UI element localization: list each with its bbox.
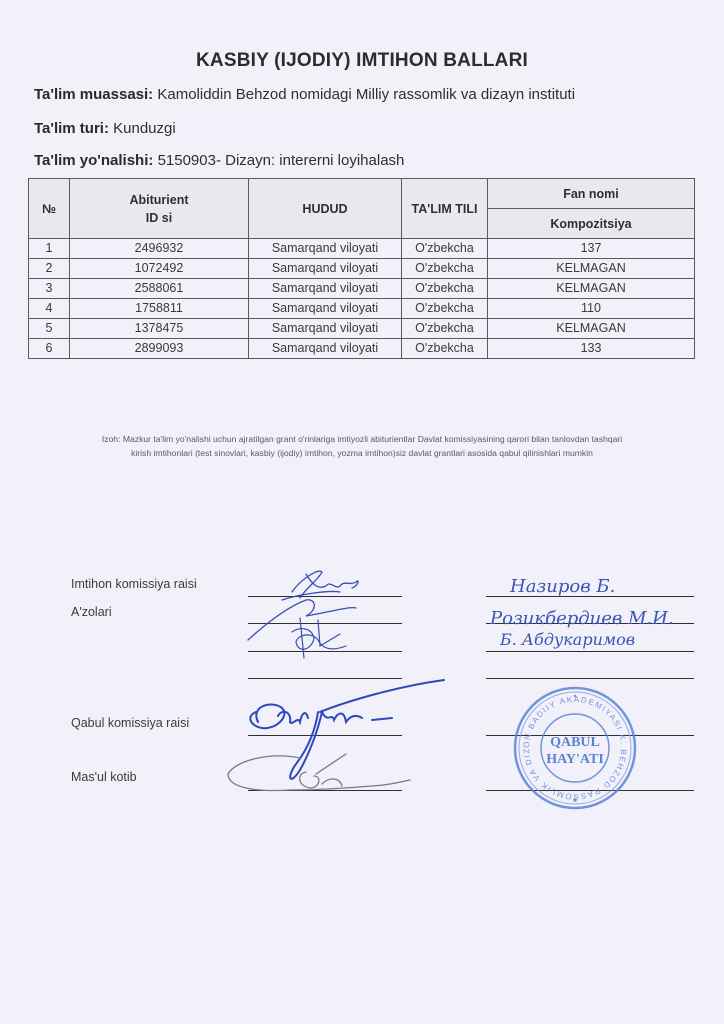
study-direction-field: Ta'lim yo'nalishi: 5150903- Dizayn: inte…: [34, 152, 404, 169]
cell-score: 137: [488, 239, 695, 259]
institution-field: Ta'lim muassasi: Kamoliddin Behzod nomid…: [34, 86, 575, 103]
name-line: [486, 623, 694, 624]
scores-table: № Abiturient ID si HUDUD TA'LIM TILI Fan…: [28, 178, 695, 359]
study-direction-label: Ta'lim yo'nalishi:: [34, 152, 153, 169]
institution-label: Ta'lim muassasi:: [34, 86, 153, 103]
name-line: [486, 790, 694, 791]
table-row: 62899093Samarqand viloyatiO'zbekcha133: [29, 339, 695, 359]
study-form-label: Ta'lim turi:: [34, 120, 109, 137]
admission-commission-chair-label: Qabul komissiya raisi: [71, 716, 189, 730]
cell-number: 5: [29, 319, 70, 339]
cell-score: 133: [488, 339, 695, 359]
table-row: 41758811Samarqand viloyatiO'zbekcha110: [29, 299, 695, 319]
header-applicant-id: Abiturient ID si: [70, 179, 249, 239]
cell-region: Samarqand viloyati: [249, 259, 402, 279]
cell-number: 2: [29, 259, 70, 279]
name-line: [486, 596, 694, 597]
svg-text:Назиров Б.: Назиров Б.: [509, 576, 615, 597]
cell-number: 1: [29, 239, 70, 259]
cell-language: O'zbekcha: [402, 339, 488, 359]
name-line: [486, 678, 694, 679]
signature-line: [248, 623, 402, 624]
footnote: Izoh: Mazkur ta'lim yo'nalishi uchun ajr…: [30, 432, 694, 460]
cell-score: KELMAGAN: [488, 259, 695, 279]
header-language: TA'LIM TILI: [402, 179, 488, 239]
cell-score: KELMAGAN: [488, 319, 695, 339]
exam-commission-chair-label: Imtihon komissiya raisi: [71, 577, 197, 591]
cell-language: O'zbekcha: [402, 239, 488, 259]
handwritten-names: Назиров Б. Розикбердиев М.И. Б. Абдукари…: [489, 576, 674, 649]
name-line: [486, 651, 694, 652]
header-subject: Kompozitsiya: [488, 209, 695, 239]
secretary-label: Mas'ul kotib: [71, 770, 137, 784]
header-applicant-id-line1: Abiturient: [70, 193, 248, 207]
signature-line: [248, 651, 402, 652]
signature-line: [248, 735, 402, 736]
members-label: A'zolari: [71, 605, 112, 619]
signature-admission-chair: [250, 680, 444, 779]
name-line: [486, 735, 694, 736]
study-direction-value: 5150903- Dizayn: intererni loyihalash: [158, 152, 405, 169]
svg-text:Б. Абдукаримов: Б. Абдукаримов: [499, 630, 635, 649]
table-row: 51378475Samarqand viloyatiO'zbekchaKELMA…: [29, 319, 695, 339]
cell-language: O'zbekcha: [402, 279, 488, 299]
cell-region: Samarqand viloyati: [249, 239, 402, 259]
signature-line: [248, 678, 402, 679]
cell-applicant-id: 1378475: [70, 319, 249, 339]
svg-text:Розикбердиев М.И.: Розикбердиев М.И.: [489, 608, 674, 629]
cell-applicant-id: 2588061: [70, 279, 249, 299]
signature-line: [248, 790, 402, 791]
cell-region: Samarqand viloyati: [249, 339, 402, 359]
cell-applicant-id: 1758811: [70, 299, 249, 319]
table-row: 12496932Samarqand viloyatiO'zbekcha137: [29, 239, 695, 259]
cell-applicant-id: 2496932: [70, 239, 249, 259]
cell-score: KELMAGAN: [488, 279, 695, 299]
document-title: KASBIY (IJODIY) IMTIHON BALLARI: [0, 50, 724, 72]
header-applicant-id-line2: ID si: [70, 211, 248, 225]
cell-number: 4: [29, 299, 70, 319]
header-number: №: [29, 179, 70, 239]
cell-region: Samarqand viloyati: [249, 279, 402, 299]
table-row: 32588061Samarqand viloyatiO'zbekchaKELMA…: [29, 279, 695, 299]
study-form-field: Ta'lim turi: Kunduzgi: [34, 120, 176, 137]
header-subject-group: Fan nomi: [488, 179, 695, 209]
cell-applicant-id: 1072492: [70, 259, 249, 279]
cell-applicant-id: 2899093: [70, 339, 249, 359]
signature-exam-chair: [248, 571, 358, 640]
table-row: 21072492Samarqand viloyatiO'zbekchaKELMA…: [29, 259, 695, 279]
svg-text:HAY'ATI: HAY'ATI: [546, 752, 604, 767]
svg-text:QABUL: QABUL: [550, 735, 600, 750]
signature-secretary: [228, 754, 410, 790]
cell-number: 3: [29, 279, 70, 299]
signature-member: [292, 618, 346, 658]
institution-value: Kamoliddin Behzod nomidagi Milliy rassom…: [157, 86, 575, 103]
cell-score: 110: [488, 299, 695, 319]
footnote-line-2: kirish imtihonlari (test sinovlari, kasb…: [30, 446, 694, 460]
cell-region: Samarqand viloyati: [249, 319, 402, 339]
cell-language: O'zbekcha: [402, 259, 488, 279]
header-region: HUDUD: [249, 179, 402, 239]
cell-region: Samarqand viloyati: [249, 299, 402, 319]
signature-line: [248, 596, 402, 597]
cell-language: O'zbekcha: [402, 319, 488, 339]
study-form-value: Kunduzgi: [113, 120, 176, 137]
cell-language: O'zbekcha: [402, 299, 488, 319]
cell-number: 6: [29, 339, 70, 359]
footnote-line-1: Izoh: Mazkur ta'lim yo'nalishi uchun ajr…: [30, 432, 694, 446]
